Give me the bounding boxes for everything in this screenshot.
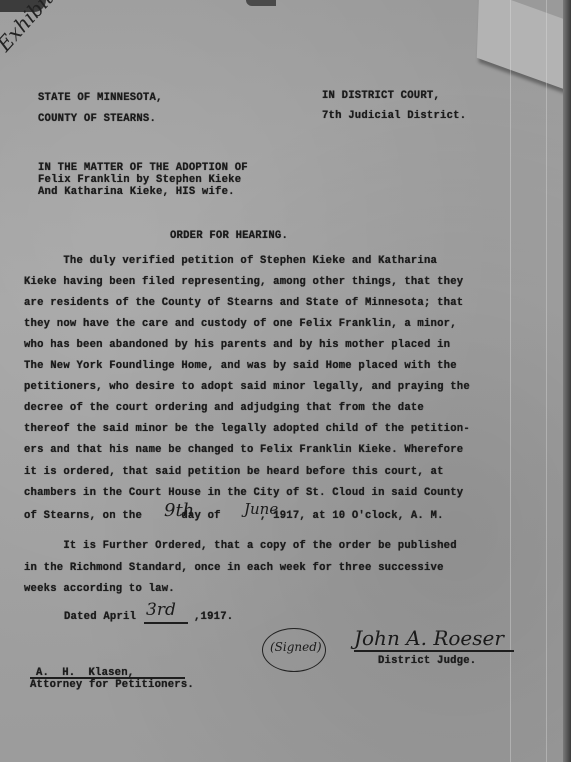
date-underline bbox=[144, 622, 188, 624]
handwritten-dated-day: 3rd bbox=[146, 600, 176, 620]
body-line: thereof the said minor be the legally ad… bbox=[24, 423, 470, 435]
header-court: IN DISTRICT COURT, bbox=[322, 90, 440, 102]
page-edge-shadow bbox=[563, 0, 571, 762]
body-line: of Stearns, on the day of , 1917, at 10 … bbox=[24, 510, 444, 522]
body-line: who has been abandoned by his parents an… bbox=[24, 339, 450, 351]
judge-signature-line bbox=[354, 650, 514, 652]
folded-paper-tab bbox=[477, 0, 567, 89]
scan-line bbox=[546, 0, 547, 762]
header-county: COUNTY OF STEARNS. bbox=[38, 113, 156, 125]
dated-suffix: ,1917. bbox=[194, 611, 233, 623]
header-district: 7th Judicial District. bbox=[322, 110, 466, 122]
scan-shadow bbox=[246, 0, 276, 6]
dated-prefix: Dated April bbox=[64, 611, 136, 623]
caption-line: Felix Franklin by Stephen Kieke bbox=[38, 174, 241, 186]
handwritten-hearing-month: June bbox=[244, 500, 278, 518]
judge-title: District Judge. bbox=[378, 655, 476, 667]
caption-line: IN THE MATTER OF THE ADOPTION OF bbox=[38, 162, 248, 174]
body-line: The duly verified petition of Stephen Ki… bbox=[24, 255, 437, 267]
further-order-line: It is Further Ordered, that a copy of th… bbox=[24, 540, 457, 552]
body-line: Kieke having been filed representing, am… bbox=[24, 276, 463, 288]
scanned-document-page: Exhibit B" STATE OF MINNESOTA, COUNTY OF… bbox=[0, 0, 571, 762]
signed-mark: (Signed) bbox=[270, 640, 322, 654]
body-line: it is ordered, that said petition be hea… bbox=[24, 466, 444, 478]
body-line: are residents of the County of Stearns a… bbox=[24, 297, 463, 309]
caption-line: And Katharina Kieke, HIS wife. bbox=[38, 186, 235, 198]
body-line: decree of the court ordering and adjudgi… bbox=[24, 402, 424, 414]
handwritten-hearing-day: 9th bbox=[164, 500, 194, 521]
attorney-title: Attorney for Petitioners. bbox=[30, 679, 194, 691]
body-line: petitioners, who desire to adopt said mi… bbox=[24, 381, 470, 393]
further-order-line: in the Richmond Standard, once in each w… bbox=[24, 562, 444, 574]
body-line: chambers in the Court House in the City … bbox=[24, 487, 463, 499]
body-line: ers and that his name be changed to Feli… bbox=[24, 444, 463, 456]
document-title: ORDER FOR HEARING. bbox=[170, 230, 288, 242]
further-order-line: weeks according to law. bbox=[24, 583, 175, 595]
scan-line bbox=[510, 0, 511, 762]
body-line: they now have the care and custody of on… bbox=[24, 318, 457, 330]
judge-signature: John A. Roeser bbox=[354, 626, 504, 650]
body-line: The New York Foundlinge Home, and was by… bbox=[24, 360, 457, 372]
header-state: STATE OF MINNESOTA, bbox=[38, 92, 163, 104]
